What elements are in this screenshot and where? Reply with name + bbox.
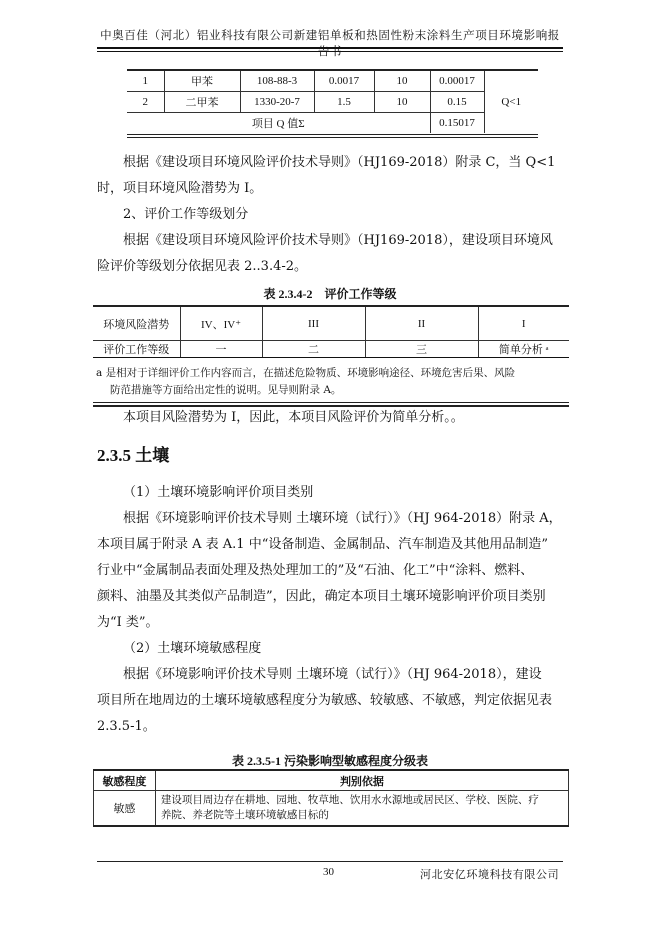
- cell: II: [365, 306, 478, 341]
- cell: IV、IV⁺: [180, 306, 262, 341]
- document-header: 中奥百佳（河北）铝业科技有限公司新建铝单板和热固性粉末涂料生产项目环境影响报告书: [97, 27, 563, 59]
- paragraph-soil: （1）土壤环境影响评价项目类别 根据《环境影响评价技术导则 土壤环境（试行）》（…: [97, 480, 563, 740]
- cell: I: [478, 306, 569, 341]
- cell: 二: [262, 341, 365, 358]
- sensitivity-table: 敏感程度 判别依据 敏感 建设项目周边存在耕地、园地、牧草地、饮用水水源地或居民…: [93, 769, 569, 827]
- subheading-category: （1）土壤环境影响评价项目类别: [97, 480, 563, 506]
- header-cell: 敏感程度: [94, 770, 156, 791]
- table-row: 环境风险潜势 IV、IV⁺ III II I: [93, 306, 569, 341]
- cell: 评价工作等级: [93, 341, 180, 358]
- table-rule: [127, 137, 538, 138]
- evaluation-grade-table: 环境风险潜势 IV、IV⁺ III II I 评价工作等级 一 二 三 简单分析…: [93, 305, 569, 358]
- cell-ratio: 0.15: [430, 92, 484, 113]
- header-cell: 判别依据: [155, 770, 568, 791]
- table-caption: 表 2.3.5-1 污染影响型敏感程度分级表: [97, 752, 563, 769]
- cell: 简单分析 ᵃ: [478, 341, 569, 358]
- table-rule: [93, 402, 569, 403]
- table-row: 2 二甲苯 1330-20-7 1.5 10 0.15: [127, 92, 538, 113]
- cell-basis: 建设项目周边存在耕地、园地、牧草地、饮用水水源地或居民区、学校、医院、疗 养院、…: [155, 791, 568, 827]
- table-footnote: a 是相对于详细评价工作内容而言，在描述危险物质、环境影响途径、环境危害后果、风…: [96, 365, 572, 399]
- cell-level: 敏感: [94, 791, 156, 827]
- table-caption: 表 2.3.4-2 评价工作等级: [97, 285, 563, 302]
- cell-Q: 10: [374, 70, 430, 92]
- table-header-row: 敏感程度 判别依据: [94, 770, 569, 791]
- cell: 环境风险潜势: [93, 306, 180, 341]
- header-rule-thin: [97, 51, 563, 52]
- cell-q: 0.0017: [314, 70, 374, 92]
- subheading-grading: 2、评价工作等级划分: [97, 202, 563, 228]
- cell-name: 二甲苯: [164, 92, 240, 113]
- cell-Q: 10: [374, 92, 430, 113]
- cell-ratio: 0.00017: [430, 70, 484, 92]
- paragraph-conclusion: 本项目风险潜势为 I，因此，本项目风险评价为简单分析。。: [97, 405, 563, 431]
- sum-value: 0.15017: [430, 113, 484, 134]
- cell-q: 1.5: [314, 92, 374, 113]
- cell: 一: [180, 341, 262, 358]
- footer-organization: 河北安亿环境科技有限公司: [420, 866, 559, 882]
- cell-cas: 108-88-3: [240, 70, 314, 92]
- footer-rule: [97, 861, 563, 862]
- table-row: 评价工作等级 一 二 三 简单分析 ᵃ: [93, 341, 569, 358]
- page-number: 30: [323, 866, 334, 878]
- table-row: 1 甲苯 108-88-3 0.0017 10 0.00017 Q<1: [127, 70, 538, 92]
- table-row-sum: 项目 Q 值Σ 0.15017: [127, 113, 538, 134]
- sum-label: 项目 Q 值Σ: [127, 113, 430, 134]
- q-value-table: 1 甲苯 108-88-3 0.0017 10 0.00017 Q<1 2 二甲…: [127, 69, 538, 133]
- cell-cas: 1330-20-7: [240, 92, 314, 113]
- cell-no: 2: [127, 92, 164, 113]
- cell-name: 甲苯: [164, 70, 240, 92]
- table-row: 敏感 建设项目周边存在耕地、园地、牧草地、饮用水水源地或居民区、学校、医院、疗 …: [94, 791, 569, 827]
- header-rule: [97, 47, 563, 49]
- cell: 三: [365, 341, 478, 358]
- cell-result: Q<1: [484, 70, 538, 133]
- section-heading: 2.3.5 土壤: [97, 441, 169, 466]
- subheading-sensitivity: （2）土壤环境敏感程度: [97, 636, 563, 662]
- cell: III: [262, 306, 365, 341]
- paragraph-risk-potential: 根据《建设项目环境风险评价技术导则》（HJ169-2018）附录 C，当 Q<1…: [97, 150, 563, 280]
- table-rule: [127, 134, 538, 135]
- cell-no: 1: [127, 70, 164, 92]
